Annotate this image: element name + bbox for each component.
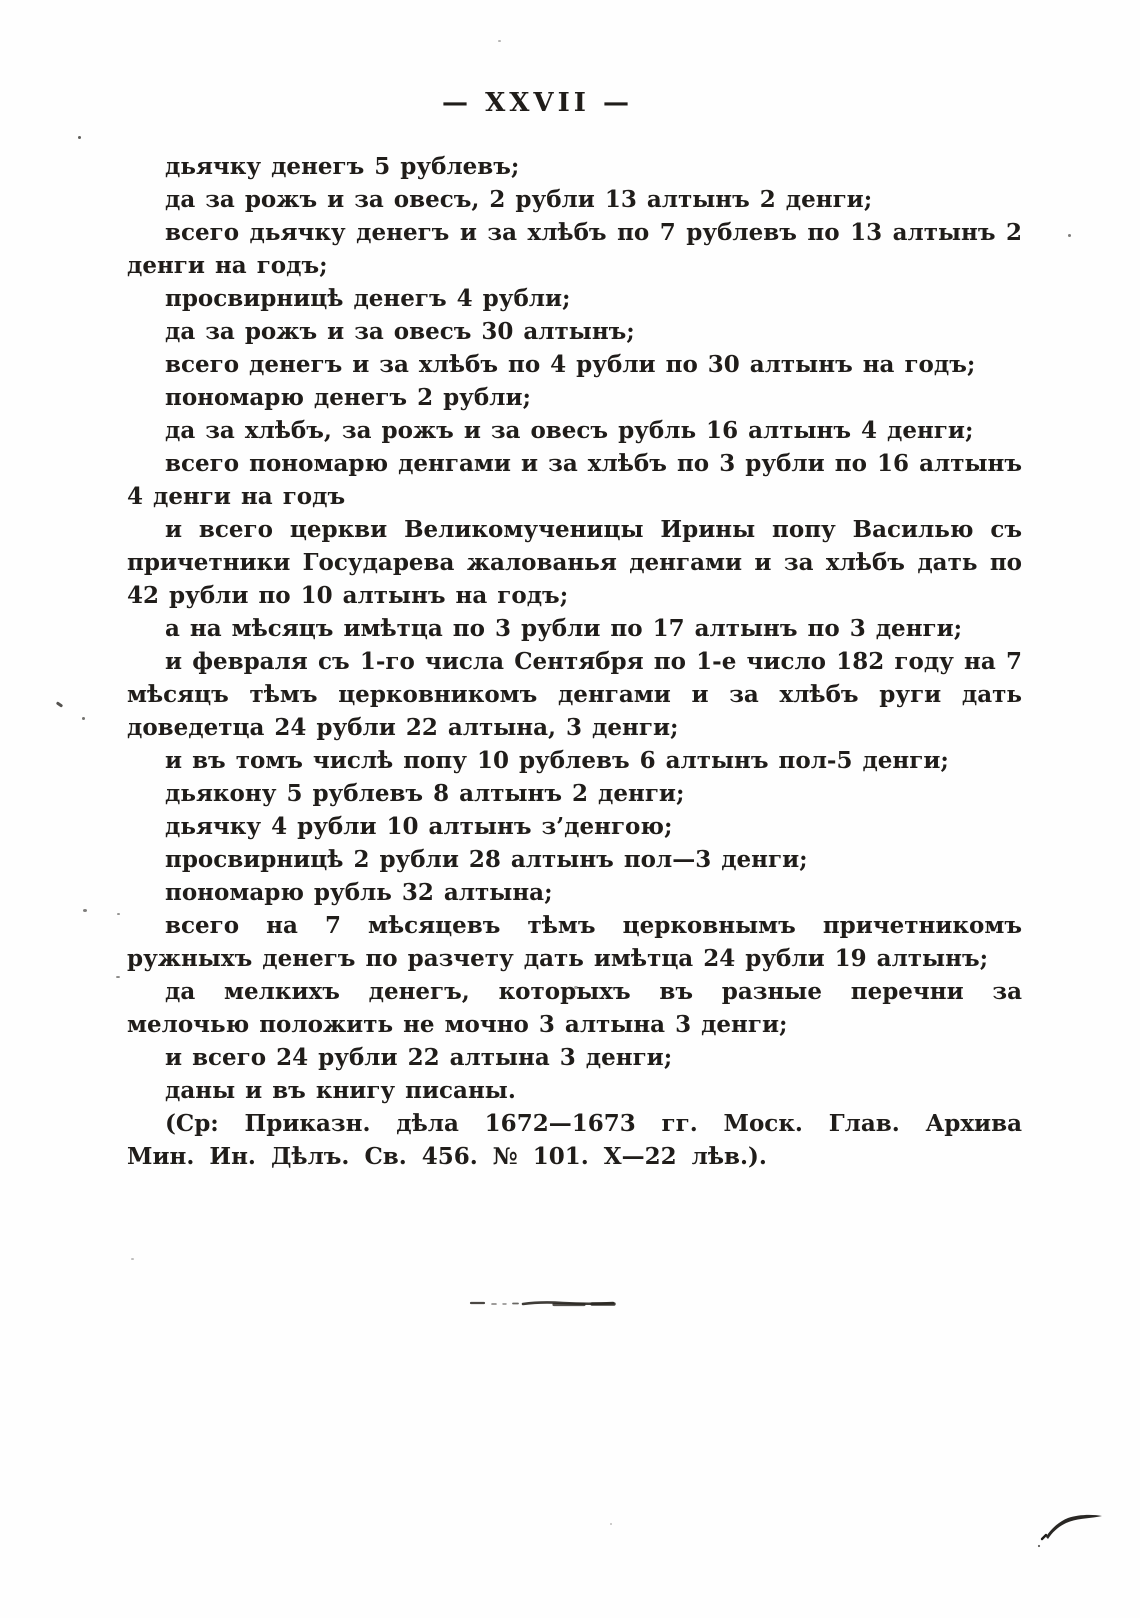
- scan-speck: [83, 909, 87, 912]
- paragraph: пономарю рубль 32 алтына;: [127, 876, 1022, 909]
- paragraph: пономарю денегъ 2 рубли;: [127, 381, 1022, 414]
- paragraph: всего на 7 мѣсяцевъ тѣмъ церковнымъ прич…: [127, 909, 1022, 975]
- paragraph: да за хлѣбъ, за рожъ и за овесъ рубль 16…: [127, 414, 1022, 447]
- paragraph: дьякону 5 рублевъ 8 алтынъ 2 денги;: [127, 777, 1022, 810]
- scan-speck: [117, 913, 120, 915]
- paragraph: да за рожъ и за овесъ 30 алтынъ;: [127, 315, 1022, 348]
- scan-speck: [82, 717, 85, 720]
- scan-speck: [1068, 234, 1071, 237]
- scan-speck: [56, 701, 63, 707]
- divider-smudge-mark: [468, 1296, 620, 1312]
- scan-speck: [498, 40, 501, 42]
- scan-speck: [682, 997, 686, 999]
- paragraph: просвирницѣ 2 рубли 28 алтынъ пол—3 денг…: [127, 843, 1022, 876]
- text-block: дьячку денегъ 5 рублевъ; да за рожъ и за…: [127, 150, 1022, 1173]
- paragraph: и всего 24 рубли 22 алтына 3 денги;: [127, 1041, 1022, 1074]
- scan-speck: [116, 976, 120, 978]
- paragraph: и февраля съ 1-го числа Сентября по 1-е …: [127, 645, 1022, 744]
- paragraph: всего денегъ и за хлѣбъ по 4 рубли по 30…: [127, 348, 1022, 381]
- scan-speck: [131, 1258, 134, 1260]
- paragraph: и всего церкви Великомученицы Ирины попу…: [127, 513, 1022, 612]
- scan-speck: [610, 1523, 612, 1525]
- scanned-book-page: — XXVII — дьячку денегъ 5 рублевъ; да за…: [0, 0, 1140, 1618]
- page-number-header: — XXVII —: [0, 88, 1075, 118]
- paragraph: да мелкихъ денегъ, которыхъ въ разные пе…: [127, 975, 1022, 1041]
- paragraph: а на мѣсяцъ имѣтца по 3 рубли по 17 алты…: [127, 612, 1022, 645]
- paragraph: и въ томъ числѣ попу 10 рублевъ 6 алтынъ…: [127, 744, 1022, 777]
- paragraph: всего дьячку денегъ и за хлѣбъ по 7 рубл…: [127, 216, 1022, 282]
- paragraph: всего пономарю денгами и за хлѣбъ по 3 р…: [127, 447, 1022, 513]
- paragraph: да за рожъ и за овесъ, 2 рубли 13 алтынъ…: [127, 183, 1022, 216]
- archive-citation: (Ср: Приказн. дѣла 1672—1673 гг. Моск. Г…: [127, 1107, 1022, 1173]
- paragraph: просвирницѣ денегъ 4 рубли;: [127, 282, 1022, 315]
- paragraph: дьячку 4 рубли 10 алтынъ з’денгою;: [127, 810, 1022, 843]
- pen-stroke-mark: [1034, 1505, 1106, 1553]
- paragraph: даны и въ книгу писаны.: [127, 1074, 1022, 1107]
- scan-speck: [574, 986, 578, 989]
- scan-speck: [78, 136, 81, 139]
- paragraph: дьячку денегъ 5 рублевъ;: [127, 150, 1022, 183]
